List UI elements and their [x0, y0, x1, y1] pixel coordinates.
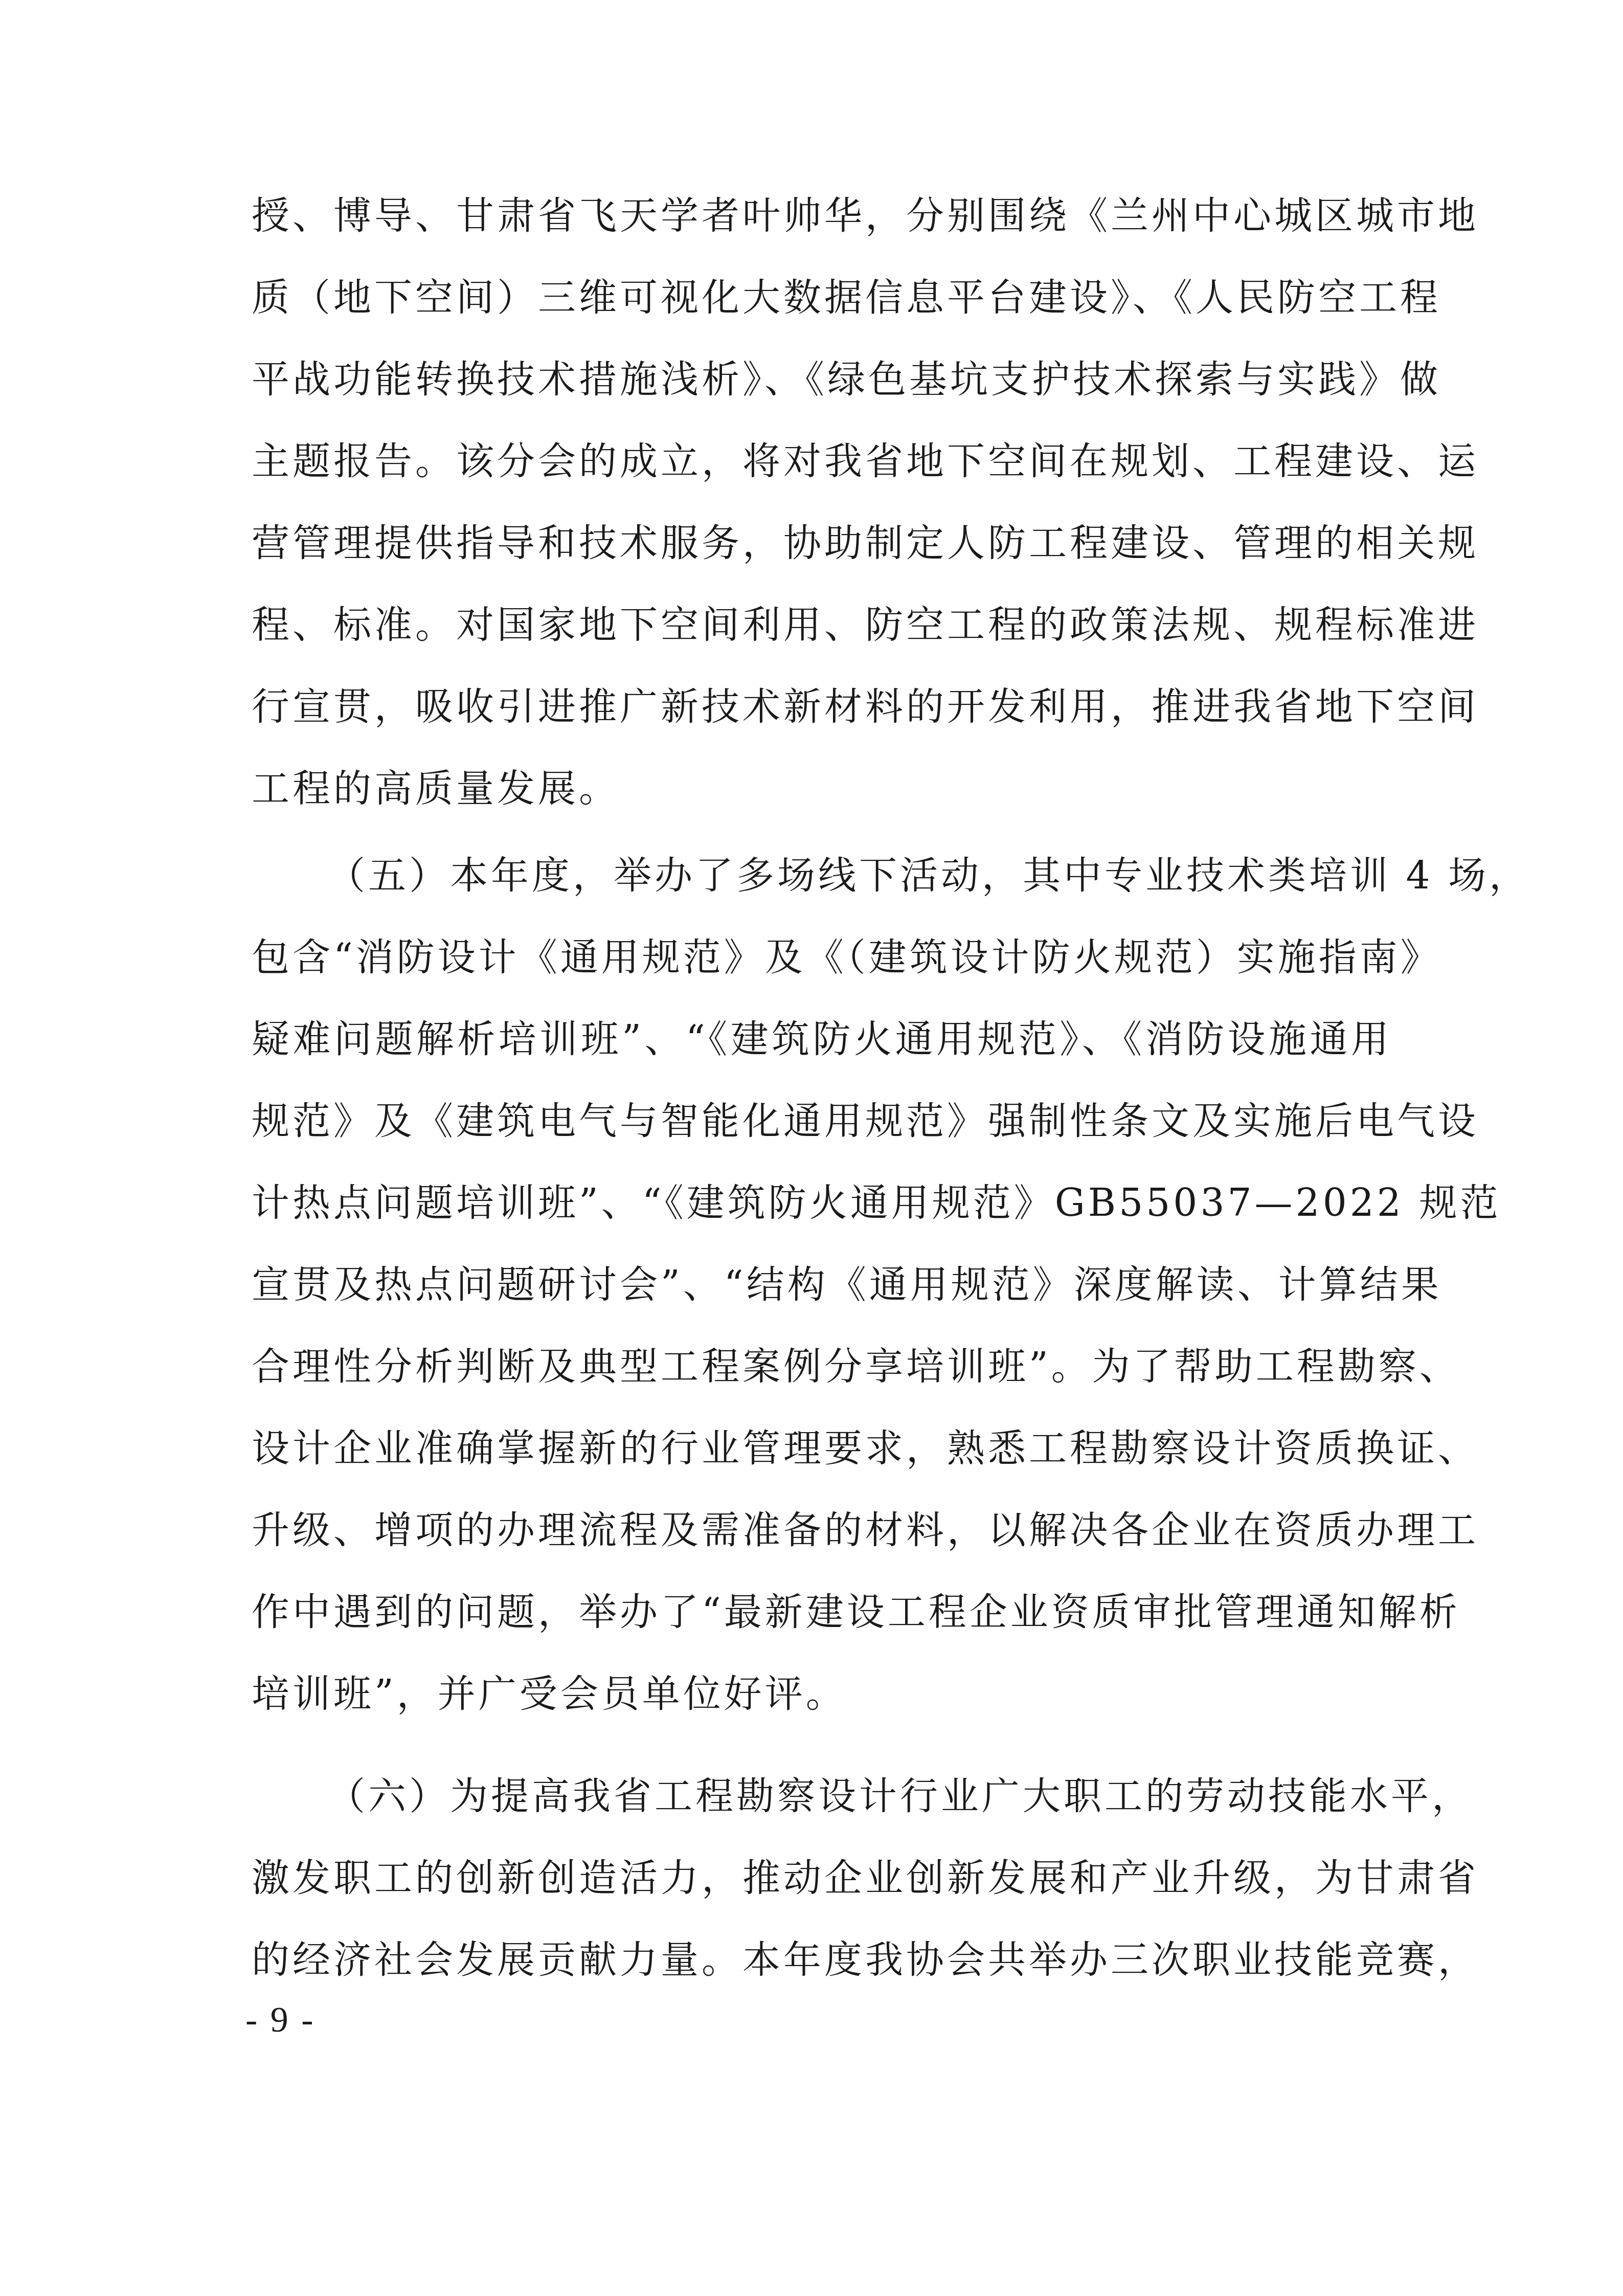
- text-line: 升级、增项的办理流程及需准备的材料，以解决各企业在资质办理工: [252, 1505, 1392, 1556]
- text-line: 工程的高质量发展。: [252, 763, 1392, 814]
- text-line: 授、博导、甘肃省飞天学者叶帅华，分别围绕《兰州中心城区城市地: [252, 190, 1392, 241]
- text-line: 合理性分析判断及典型工程案例分享培训班”。为了帮助工程勘察、: [252, 1341, 1392, 1392]
- page-number: - 9 -: [245, 1997, 315, 2043]
- text-line: 平战功能转换技术措施浅析》、《绿色基坑支护技术探索与实践》做: [252, 354, 1392, 405]
- text-line: 行宣贯，吸收引进推广新技术新材料的开发利用，推进我省地下空间: [252, 681, 1392, 732]
- text-line: 设计企业准确掌握新的行业管理要求，熟悉工程勘察设计资质换证、: [252, 1423, 1392, 1474]
- text-line: 作中遇到的问题，举办了“最新建设工程企业资质审批管理通知解析: [252, 1587, 1392, 1638]
- text-line: 宣贯及热点问题研讨会”、“结构《通用规范》深度解读、计算结果: [252, 1259, 1392, 1310]
- text-line: 包含“消防设计《通用规范》及《（建筑设计防火规范）实施指南》: [252, 932, 1392, 983]
- document-page: 授、博导、甘肃省飞天学者叶帅华，分别围绕《兰州中心城区城市地 质（地下空间）三维…: [0, 0, 1623, 2296]
- text-line: 主题报告。该分会的成立，将对我省地下空间在规划、工程建设、运: [252, 436, 1392, 487]
- text-line: 质（地下空间）三维可视化大数据信息平台建设》、《人民防空工程: [252, 272, 1392, 323]
- paragraph-heading-six: （六）为提高我省工程勘察设计行业广大职工的劳动技能水平，: [327, 1771, 1392, 1822]
- paragraph-heading-five: （五）本年度，举办了多场线下活动，其中专业技术类培训 4 场，: [327, 850, 1392, 901]
- text-line: 培训班”，并广受会员单位好评。: [252, 1668, 1392, 1720]
- text-line: 的经济社会发展贡献力量。本年度我协会共举办三次职业技能竞赛，: [252, 1934, 1392, 1986]
- text-line: 计热点问题培训班”、“《建筑防火通用规范》GB55037—2022 规范: [252, 1177, 1392, 1229]
- text-line: 营管理提供指导和技术服务，协助制定人防工程建设、管理的相关规: [252, 518, 1392, 569]
- text-line: 激发职工的创新创造活力，推动企业创新发展和产业升级，为甘肃省: [252, 1853, 1392, 1904]
- text-line: 程、标准。对国家地下空间利用、防空工程的政策法规、规程标准进: [252, 599, 1392, 651]
- text-line: 规范》及《建筑电气与智能化通用规范》强制性条文及实施后电气设: [252, 1096, 1392, 1147]
- text-line: 疑难问题解析培训班”、“《建筑防火通用规范》、《消防设施通用: [252, 1014, 1392, 1065]
